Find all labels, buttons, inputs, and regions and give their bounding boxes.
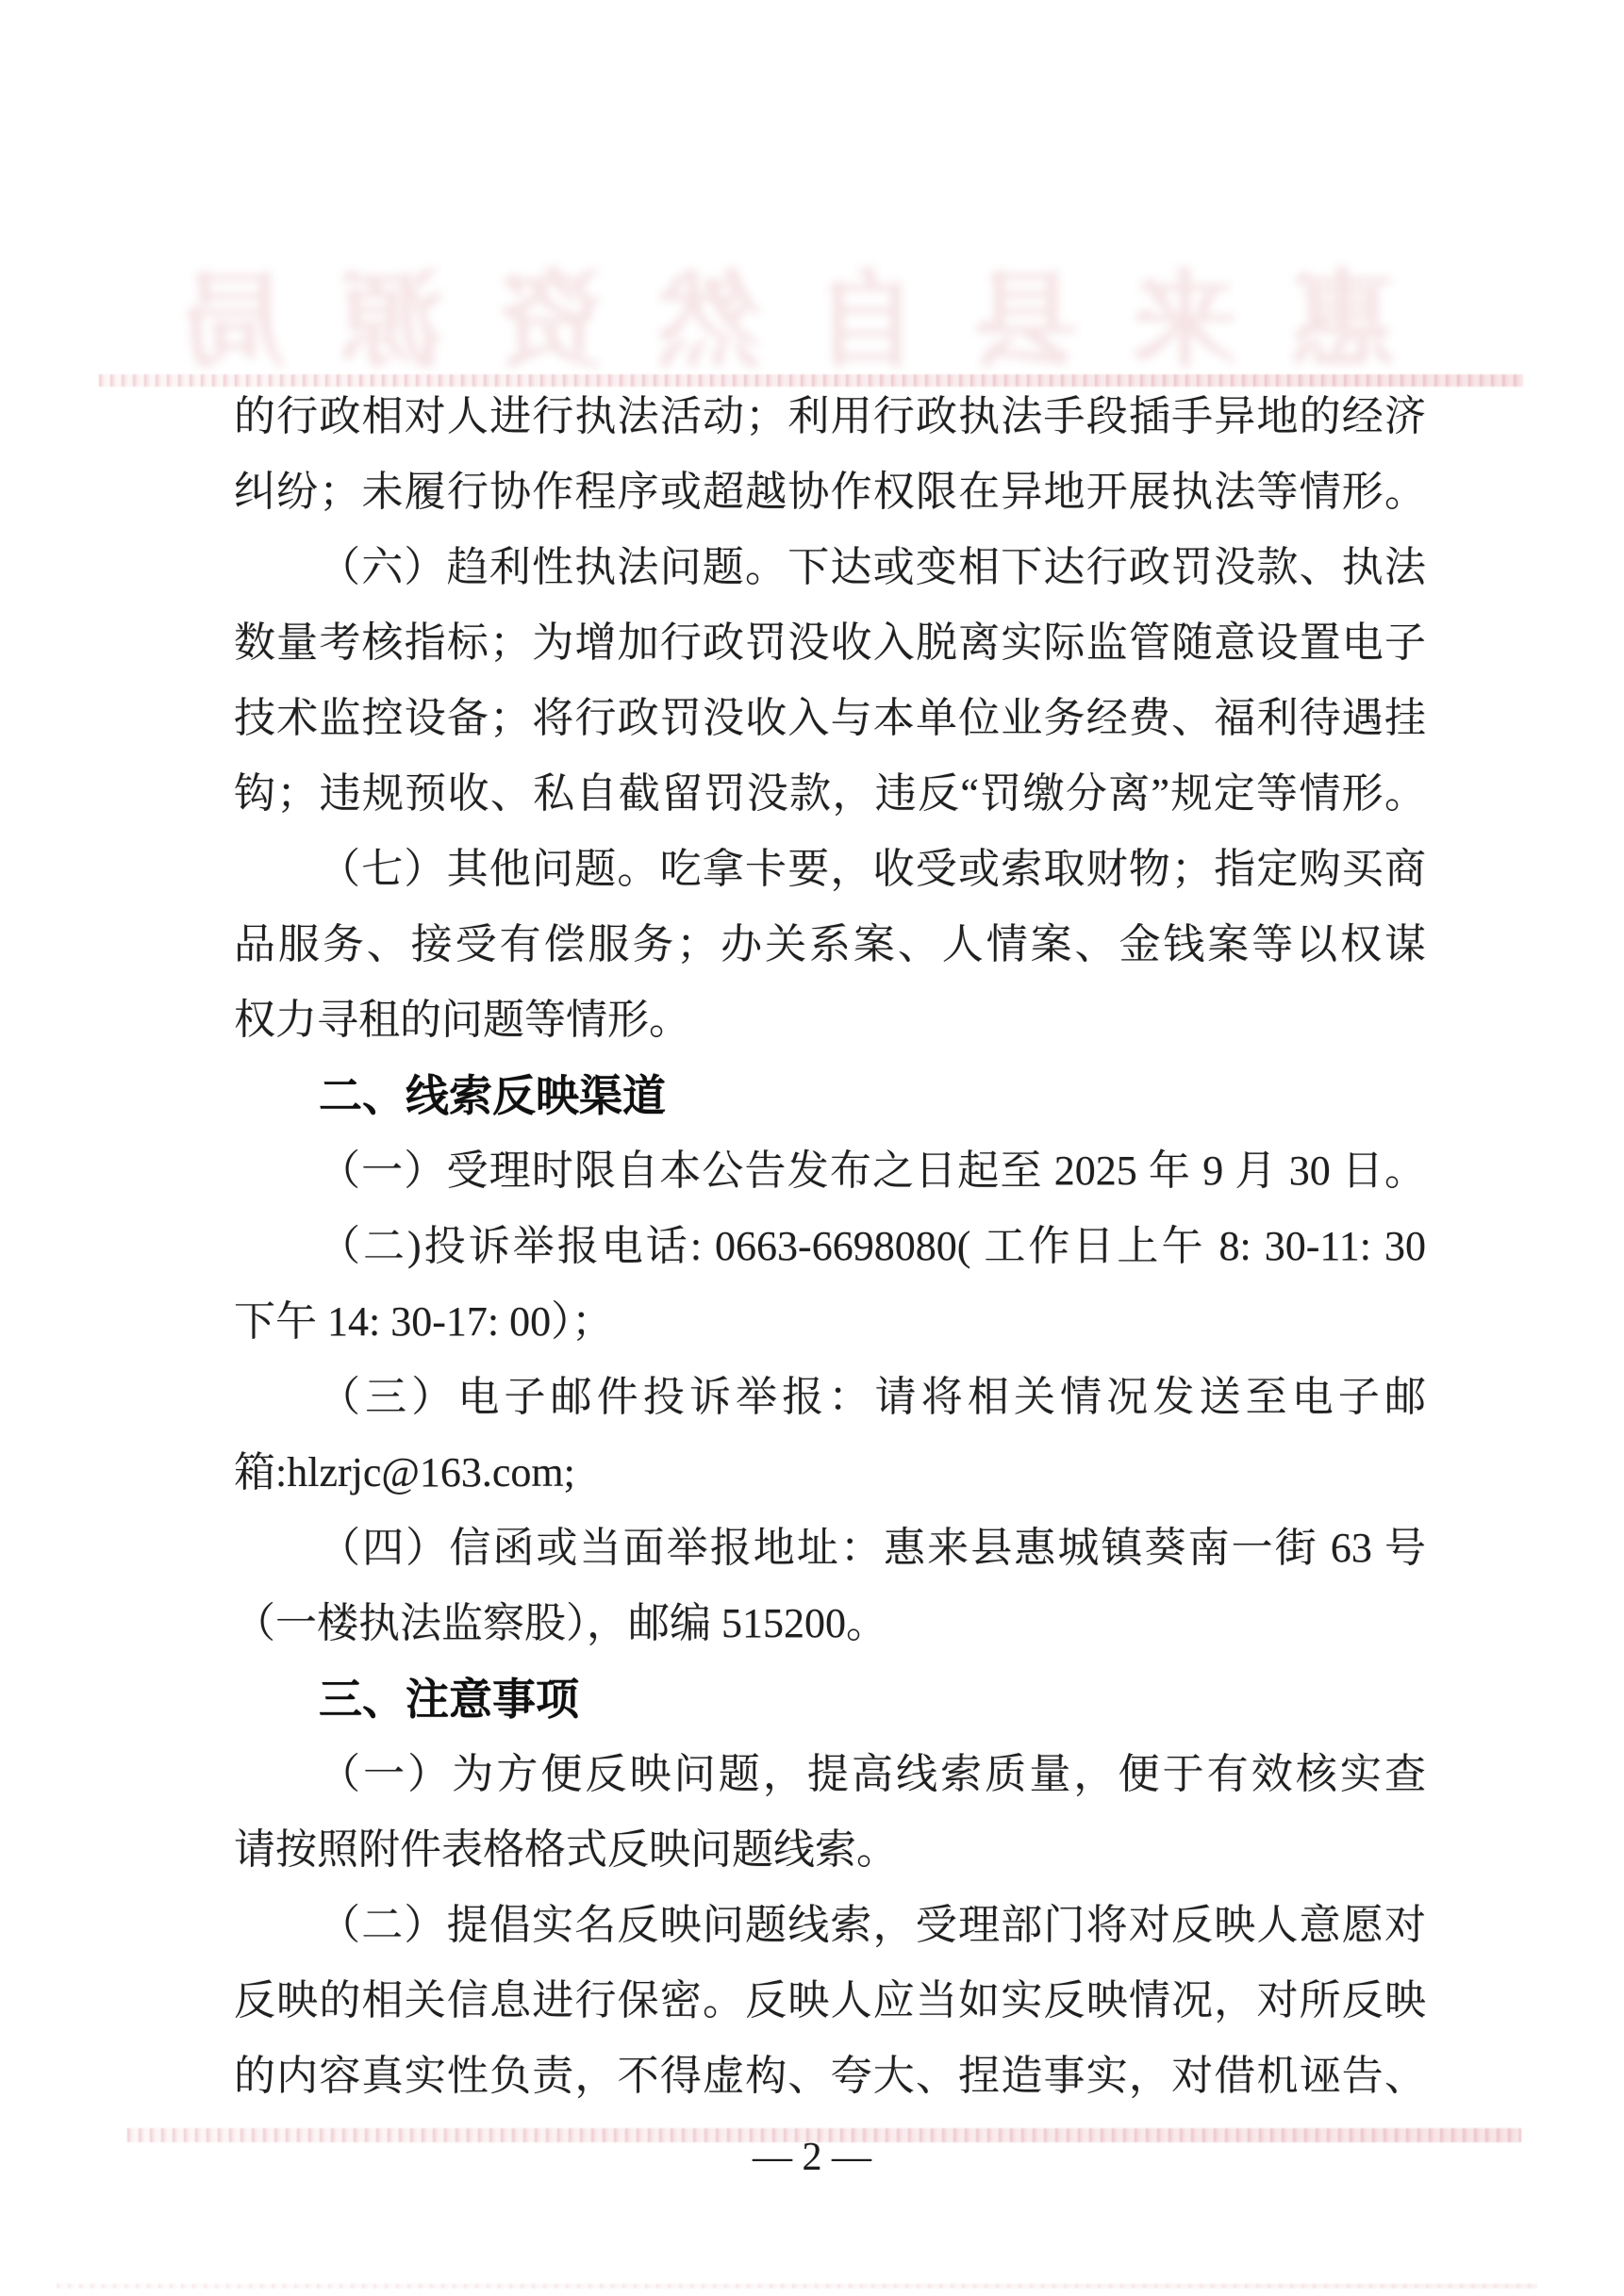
text-line: （七）其他问题。吃拿卡要，收受或索取财物；指定购买商	[234, 832, 1426, 907]
text-line: 技术监控设备；将行政罚没收入与本单位业务经费、福利待遇挂	[234, 681, 1426, 756]
text-line: （一楼执法监察股），邮编 515200。	[234, 1586, 1426, 1661]
text-line: 钩；违规预收、私自截留罚没款，违反“罚缴分离”规定等情形。	[234, 756, 1426, 832]
text-line: 的行政相对人进行执法活动；利用行政执法手段插手异地的经济	[234, 379, 1426, 454]
text-line: （二）提倡实名反映问题线索，受理部门将对反映人意愿对	[234, 1888, 1426, 1963]
section-heading: 二、线索反映渠道	[234, 1058, 1426, 1133]
text-line: （二)投诉举报电话: 0663-6698080( 工作日上午 8: 30-11:…	[234, 1209, 1426, 1284]
scanned-document-page: 惠来县自然资源局 的行政相对人进行执法活动；利用行政执法手段插手异地的经济 纠纷…	[0, 0, 1624, 2296]
text-line: 数量考核指标；为增加行政罚没收入脱离实际监管随意设置电子	[234, 605, 1426, 681]
text-line: （四）信函或当面举报地址：惠来县惠城镇葵南一街 63 号	[234, 1511, 1426, 1586]
text-line: 请按照附件表格格式反映问题线索。	[234, 1812, 1426, 1888]
text-line: （一）受理时限自本公告发布之日起至 2025 年 9 月 30 日。	[234, 1133, 1426, 1209]
text-line: 权力寻租的问题等情形。	[234, 983, 1426, 1058]
scan-edge-noise	[57, 2284, 1537, 2288]
text-line: （一）为方便反映问题，提高线索质量，便于有效核实查办，	[234, 1737, 1426, 1812]
letterhead-bleedthrough-text: 惠来县自然资源局	[106, 270, 1396, 383]
section-heading: 三、注意事项	[234, 1661, 1426, 1737]
page-number: — 2 —	[0, 2120, 1624, 2195]
text-line: 箱:hlzrjc@163.com;	[234, 1435, 1426, 1511]
text-line: 纠纷；未履行协作程序或超越协作权限在异地开展执法等情形。	[234, 454, 1426, 530]
text-line: （三）电子邮件投诉举报：请将相关情况发送至电子邮	[234, 1360, 1426, 1435]
text-line: 品服务、接受有偿服务；办关系案、人情案、金钱案等以权谋私、	[234, 907, 1426, 983]
text-line: 反映的相关信息进行保密。反映人应当如实反映情况，对所反映	[234, 1963, 1426, 2039]
document-body: 的行政相对人进行执法活动；利用行政执法手段插手异地的经济 纠纷；未履行协作程序或…	[234, 379, 1426, 2114]
text-line: 下午 14: 30-17: 00）；	[234, 1284, 1426, 1360]
text-line: 的内容真实性负责，不得虚构、夸大、捏造事实，对借机诬告、	[234, 2039, 1426, 2114]
text-line: （六）趋利性执法问题。下达或变相下达行政罚没款、执法	[234, 530, 1426, 605]
